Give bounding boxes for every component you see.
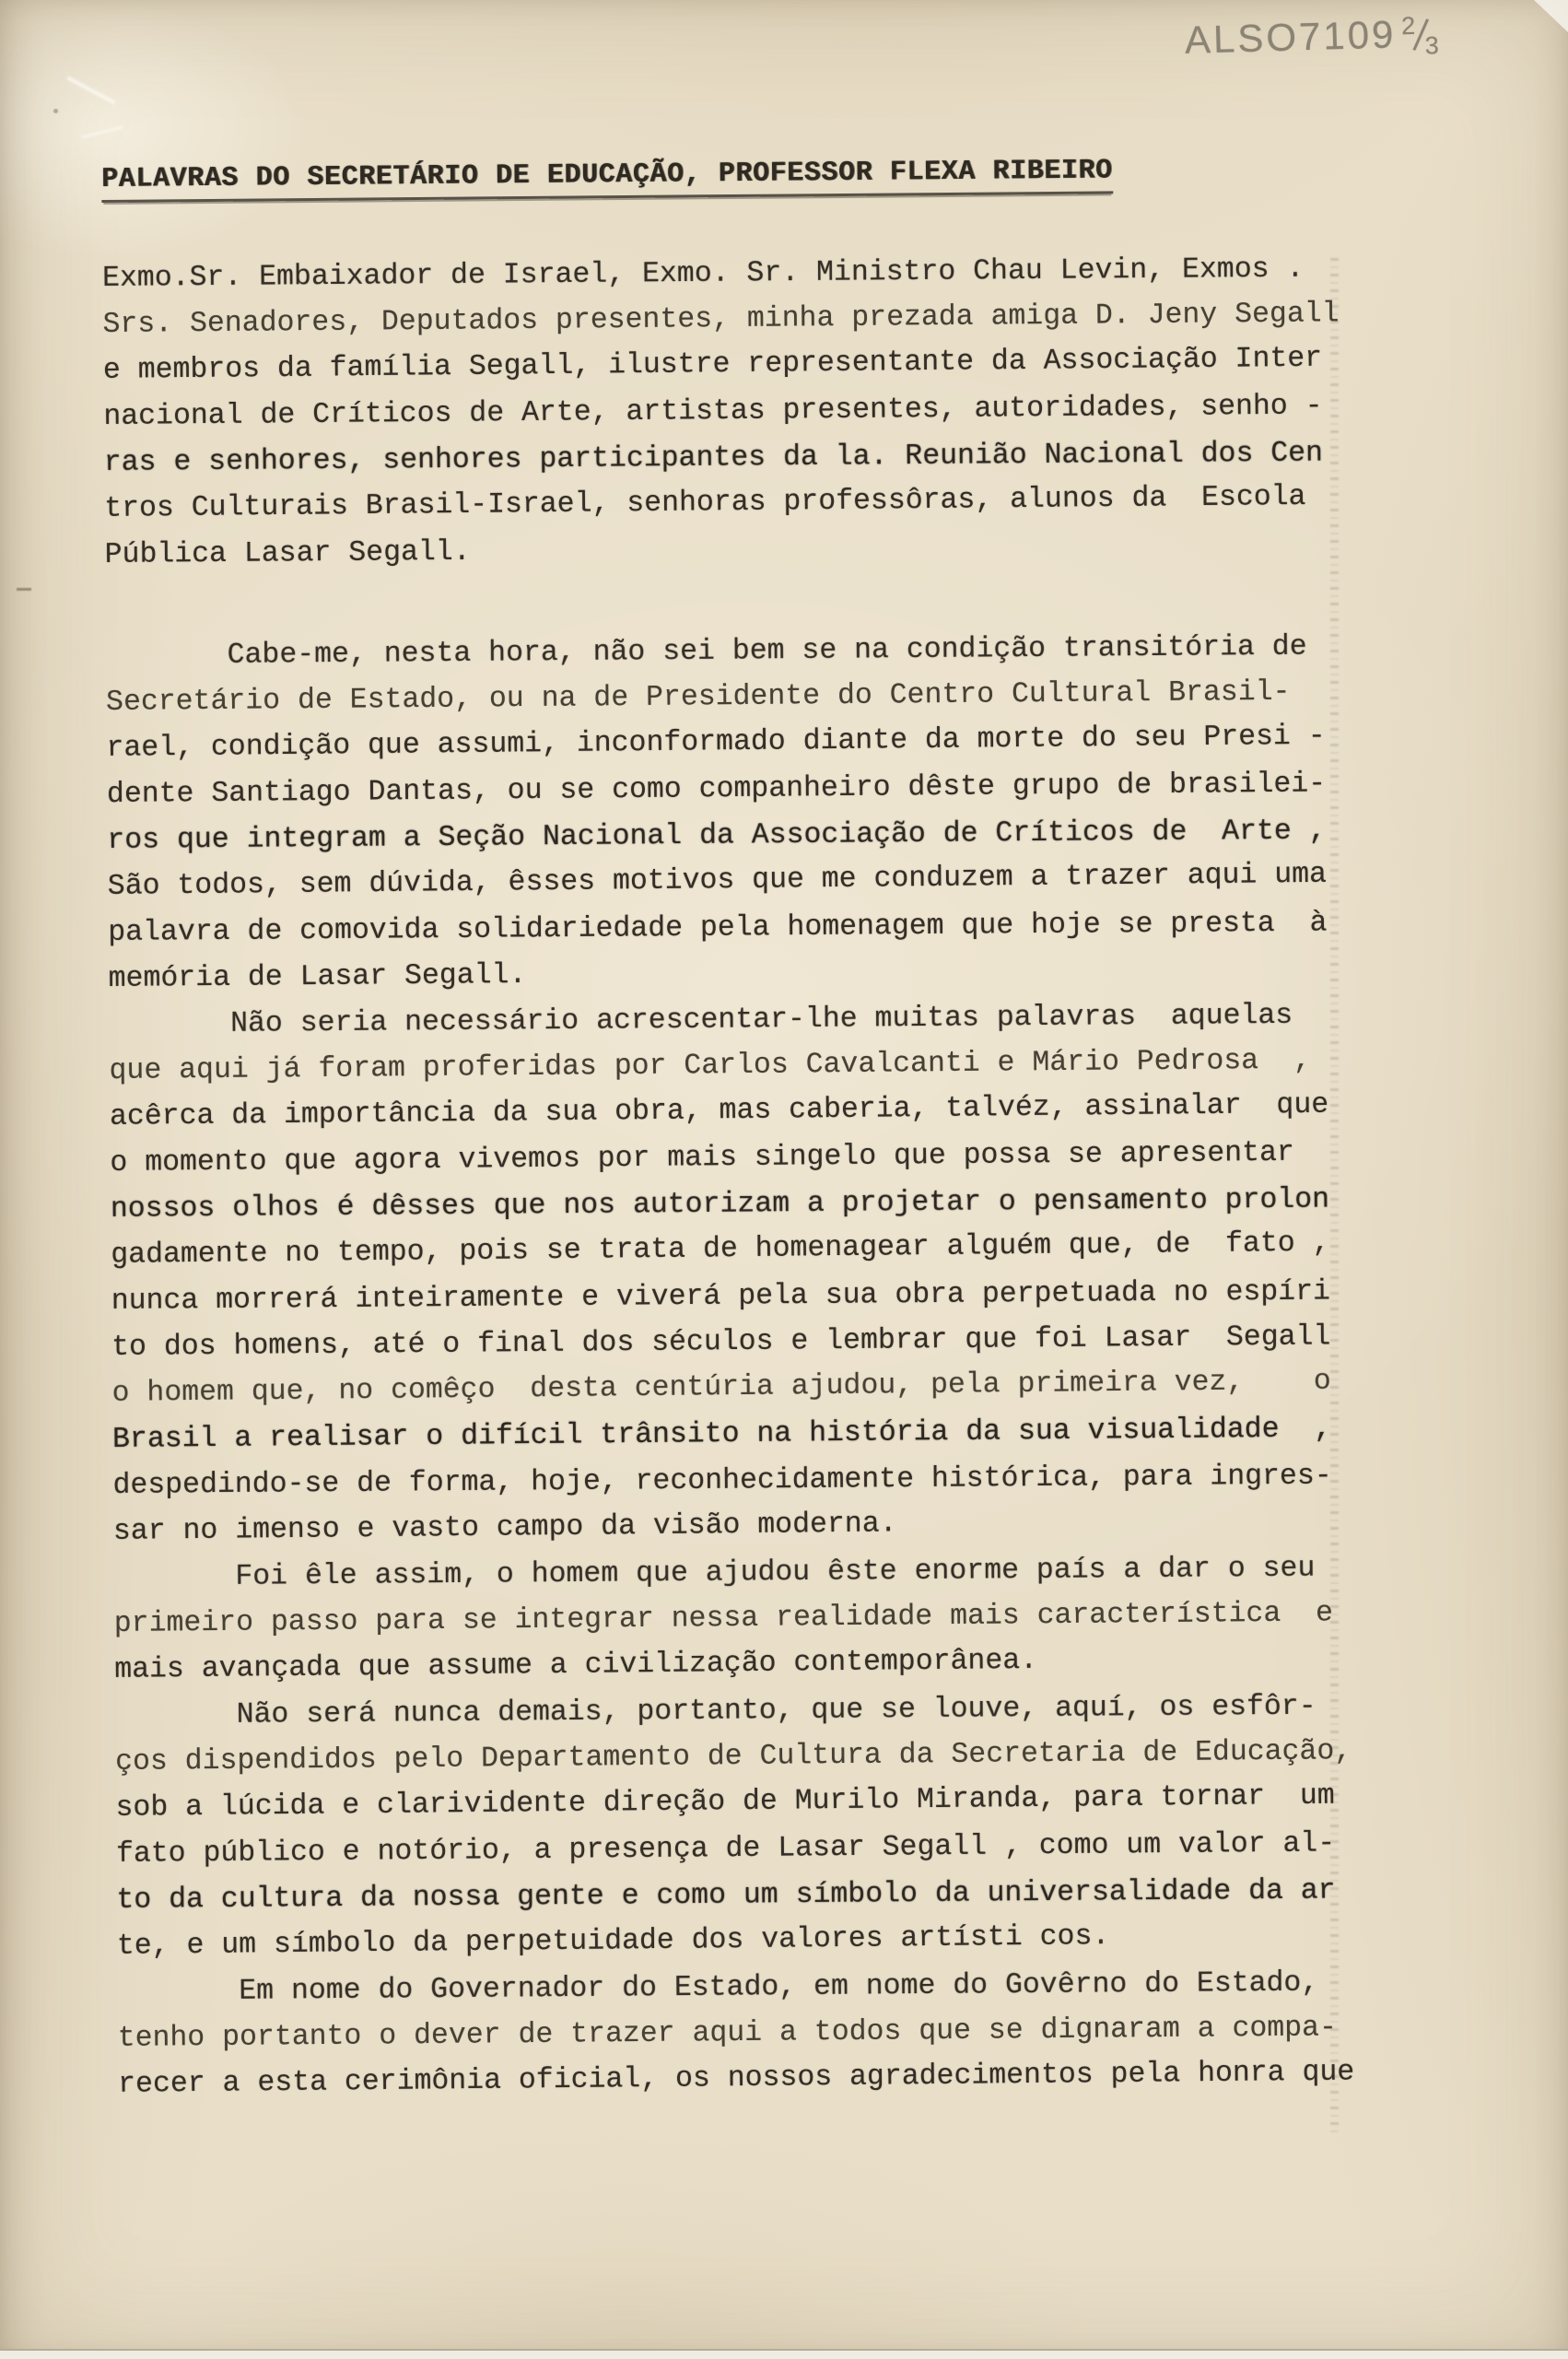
margin-fold-mark — [17, 588, 31, 591]
typed-line: Pública Lasar Segall. — [105, 522, 1450, 578]
paper-pinhole — [53, 109, 58, 113]
catalog-code: ALSO7109 — [1184, 12, 1397, 61]
scanned-document-page: ALSO71092/3 PALAVRAS DO SECRETÁRIO DE ED… — [0, 0, 1568, 2359]
typewritten-text-block: PALAVRAS DO SECRETÁRIO DE EDUCAÇÃO, PROF… — [101, 152, 1463, 2108]
paper-corner-fold — [1529, 0, 1568, 35]
paragraph: Em nome do Governador do Estado, em nome… — [117, 1958, 1463, 2108]
paragraph: Não seria necessário acrescentar-lhe mui… — [109, 991, 1458, 1555]
paragraph: Foi êle assim, o homem que ajudou êste e… — [113, 1543, 1459, 1694]
catalog-annotation: ALSO71092/3 — [1184, 11, 1439, 67]
paragraph: Não será nunca demais, portanto, que se … — [114, 1682, 1462, 1970]
page-fraction: 2/3 — [1401, 11, 1439, 55]
paper-crease — [81, 125, 123, 138]
document-title: PALAVRAS DO SECRETÁRIO DE EDUCAÇÃO, PROF… — [101, 155, 1113, 203]
paragraph: Cabe-me, nesta hora, não sei bem se na c… — [105, 622, 1453, 1003]
paper-crease — [66, 76, 115, 105]
paper-bottom-edge — [0, 2349, 1568, 2359]
page-fraction-denominator: 3 — [1424, 31, 1439, 59]
paragraph-salutation: Exmo.Sr. Embaixador de Israel, Exmo. Sr.… — [102, 244, 1450, 579]
page-fraction-numerator: 2 — [1401, 12, 1416, 40]
